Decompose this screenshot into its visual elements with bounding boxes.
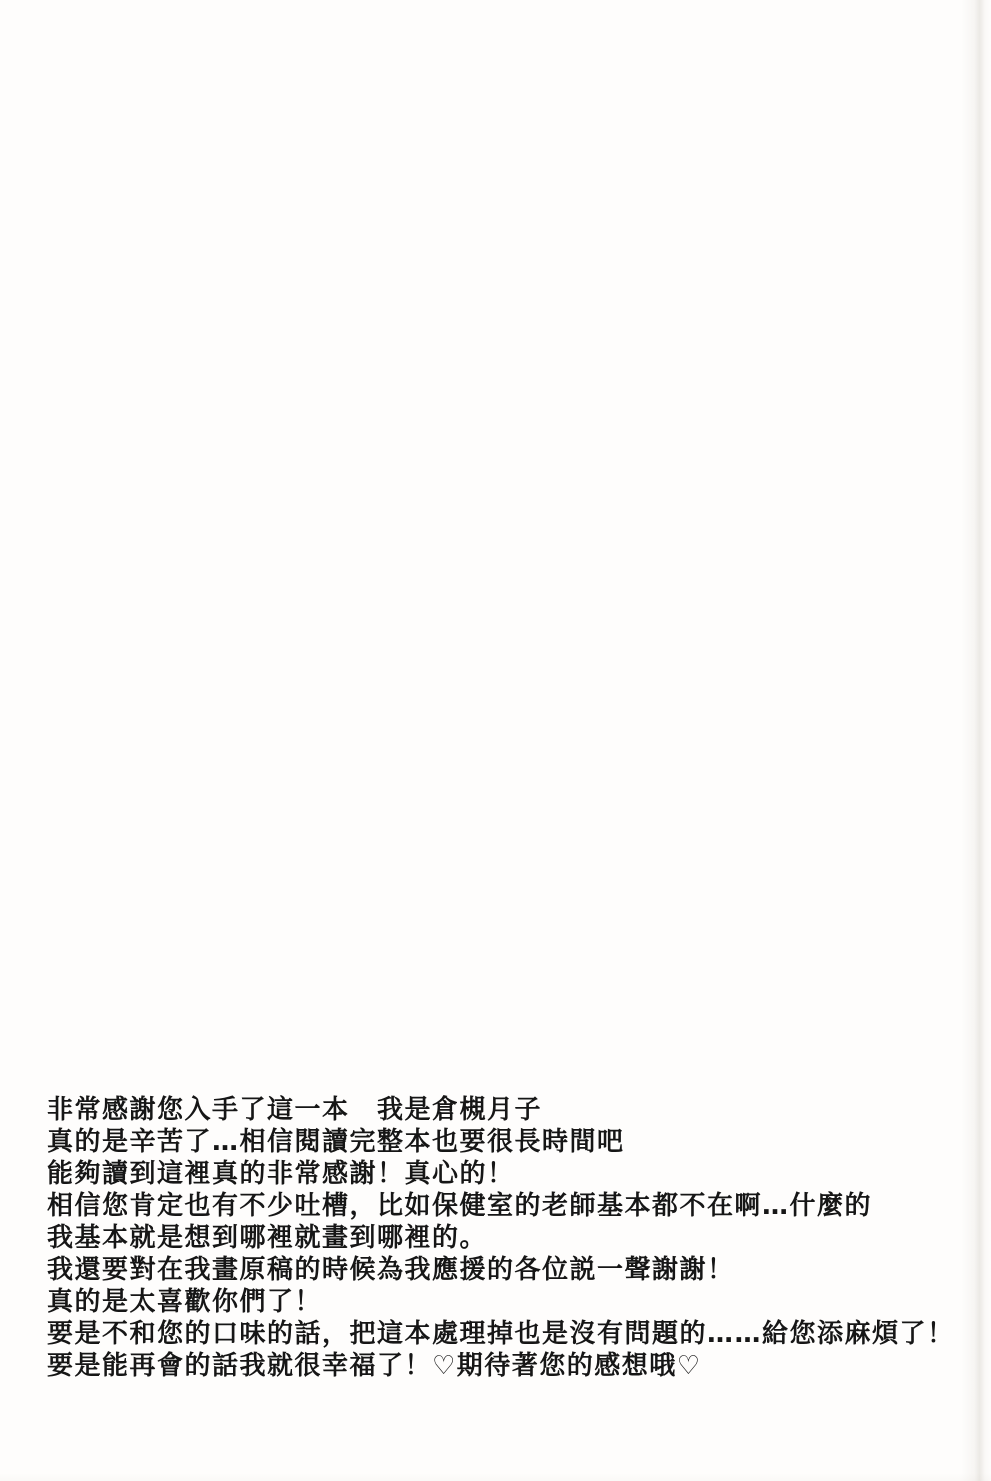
afterword-line: 真的是太喜歡你們了！: [47, 1286, 977, 1318]
afterword-line: 要是能再會的話我就很幸福了！♡期待著您的感想哦♡: [47, 1350, 977, 1382]
afterword-line: 我還要對在我畫原稿的時候為我應援的各位説一聲謝謝！: [47, 1254, 977, 1286]
afterword-line: 要是不和您的口味的話，把這本處理掉也是沒有問題的……給您添麻煩了！: [47, 1318, 977, 1350]
afterword-text-block: 非常感謝您入手了這一本 我是倉槻月子 真的是辛苦了…相信閱讀完整本也要很長時間吧…: [47, 1094, 977, 1382]
scanned-afterword-page: 非常感謝您入手了這一本 我是倉槻月子 真的是辛苦了…相信閱讀完整本也要很長時間吧…: [0, 0, 991, 1481]
afterword-line: 非常感謝您入手了這一本 我是倉槻月子: [47, 1094, 977, 1126]
afterword-line: 真的是辛苦了…相信閱讀完整本也要很長時間吧: [47, 1126, 977, 1158]
afterword-line: 能夠讀到這裡真的非常感謝！真心的！: [47, 1158, 977, 1190]
afterword-line: 我基本就是想到哪裡就畫到哪裡的。: [47, 1222, 977, 1254]
afterword-line: 相信您肯定也有不少吐槽，比如保健室的老師基本都不在啊…什麼的: [47, 1190, 977, 1222]
page-edge-shadow-bottom: [0, 1473, 991, 1481]
